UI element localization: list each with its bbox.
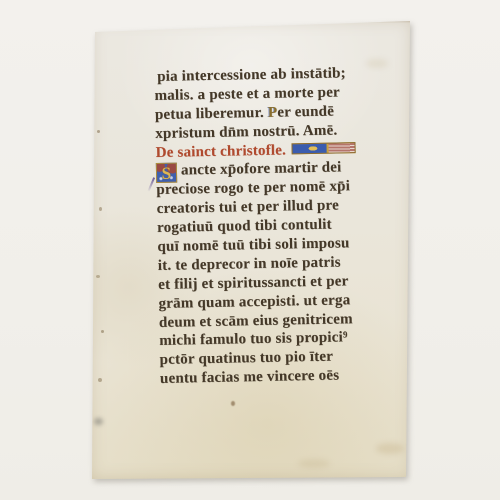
line-filler-blue-gold — [293, 143, 327, 153]
text-block: pia intercessione ab instātib; malis. a … — [154, 64, 388, 389]
foxing-spot — [99, 207, 102, 211]
vellum-surface: pia intercessione ab instātib; malis. a … — [90, 19, 412, 480]
foxing-spot — [97, 130, 100, 133]
stain — [298, 459, 330, 468]
line-text: ancte xp̄ofore martir dei — [181, 160, 342, 179]
photo-background: pia intercessione ab instātib; malis. a … — [0, 0, 500, 500]
foxing-spot — [96, 275, 100, 278]
manuscript-line: uentu facias me vincere oēs — [160, 366, 388, 389]
ink-speck — [231, 401, 235, 406]
foxing-spot — [101, 330, 104, 333]
line-text: petua liberemur. — [155, 105, 268, 123]
line-text: er eundē — [277, 103, 334, 120]
manuscript-leaf: pia intercessione ab instātib; malis. a … — [0, 0, 500, 500]
foxing-spot — [98, 378, 102, 382]
line-filler-rose-stripes — [329, 143, 355, 152]
illuminated-initial-s: S — [156, 163, 177, 183]
rubric-text: De sainct christofle. — [155, 142, 286, 161]
edge-smudge — [94, 418, 103, 425]
stain — [376, 443, 404, 454]
line-filler — [292, 142, 356, 154]
